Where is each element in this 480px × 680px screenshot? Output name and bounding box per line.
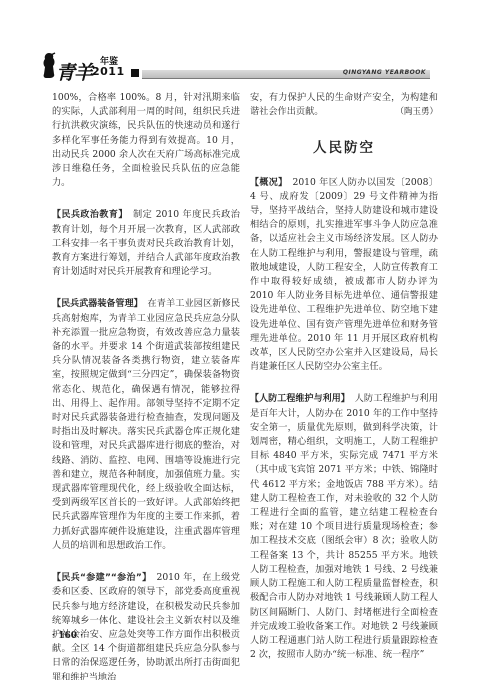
section-body: 2010 年区人防办以国发〔2008〕4 号、成府发〔2009〕29 号文件精神… — [250, 177, 438, 373]
section-body: 2010 年，在上级党委和区委、区政府的领导下，部党委高度重视民兵参与地方经济建… — [52, 572, 240, 680]
section-title: 人民防空 — [250, 141, 438, 155]
section-label: 【人防工程维护与利用】 — [250, 394, 345, 404]
running-header: 青羊 年鉴 2011 QINGYANG YEARBOOK — [42, 52, 430, 82]
intro-paragraph: 100%，合格率 100%。8 月，针对汛期来临的实际，人武部利用一周的时间，组… — [52, 91, 240, 190]
section-label: 【民兵政治教育】 — [52, 210, 123, 220]
section-civil-defense-engineering: 【人防工程维护与利用】 人防工程维护与利用是百年大计，人防办在 2010 年的工… — [250, 392, 438, 662]
header-rule-bar: QINGYANG YEARBOOK — [142, 70, 430, 79]
section-label: 【民兵“参建”“参治”】 — [52, 573, 147, 583]
section-militia-participation: 【民兵“参建”“参治”】 2010 年，在上级党委和区委、区政府的领导下，部党委… — [52, 571, 240, 680]
continuation-paragraph: 安，有力保护人民的生命财产安全，为构建和谐社会作出贡献。（陶玉勇） — [250, 91, 438, 119]
paragraph-gap — [52, 279, 240, 297]
left-column: 100%，合格率 100%。8 月，针对汛期来临的实际，人武部利用一周的时间，组… — [52, 91, 240, 680]
logo-year: 2011 — [92, 65, 125, 78]
dancer-figure-icon — [42, 52, 56, 78]
section-militia-weapons-management: 【民兵武器装备管理】 在青羊工业园区新修民兵高射炮库，为青羊工业园应急民兵应急分… — [52, 297, 240, 553]
yearbook-logo: 青羊 年鉴 2011 — [42, 52, 152, 82]
section-label: 【民兵武器装备管理】 — [52, 299, 138, 309]
paragraph-gap — [52, 190, 240, 208]
section-overview: 【概况】 2010 年区人防办以国发〔2008〕4 号、成府发〔2009〕29 … — [250, 176, 438, 375]
right-column: 安，有力保护人民的生命财产安全，为构建和谐社会作出贡献。（陶玉勇） 人民防空 【… — [250, 91, 438, 662]
section-body: 人防工程维护与利用是百年大计，人防办在 2010 年的工作中坚持安全第一，质量优… — [250, 393, 438, 660]
running-title-en: QINGYANG YEARBOOK — [343, 69, 426, 76]
square-bullet-icon — [131, 69, 139, 77]
section-militia-political-education: 【民兵政治教育】 制定 2010 年度民兵政治教育计划，每个月开展一次教育，区人… — [52, 208, 240, 279]
author-credit: （陶玉勇） — [395, 105, 438, 119]
paragraph-gap — [52, 553, 240, 571]
page-number: · 160 · — [52, 631, 83, 641]
section-body: 在青羊工业园区新修民兵高射炮库，为青羊工业园应急民兵应急分队补充添置一批应急物资… — [52, 298, 240, 550]
logo-title: 青羊 — [56, 58, 92, 85]
paragraph-gap — [250, 374, 438, 392]
section-label: 【概况】 — [250, 178, 283, 188]
